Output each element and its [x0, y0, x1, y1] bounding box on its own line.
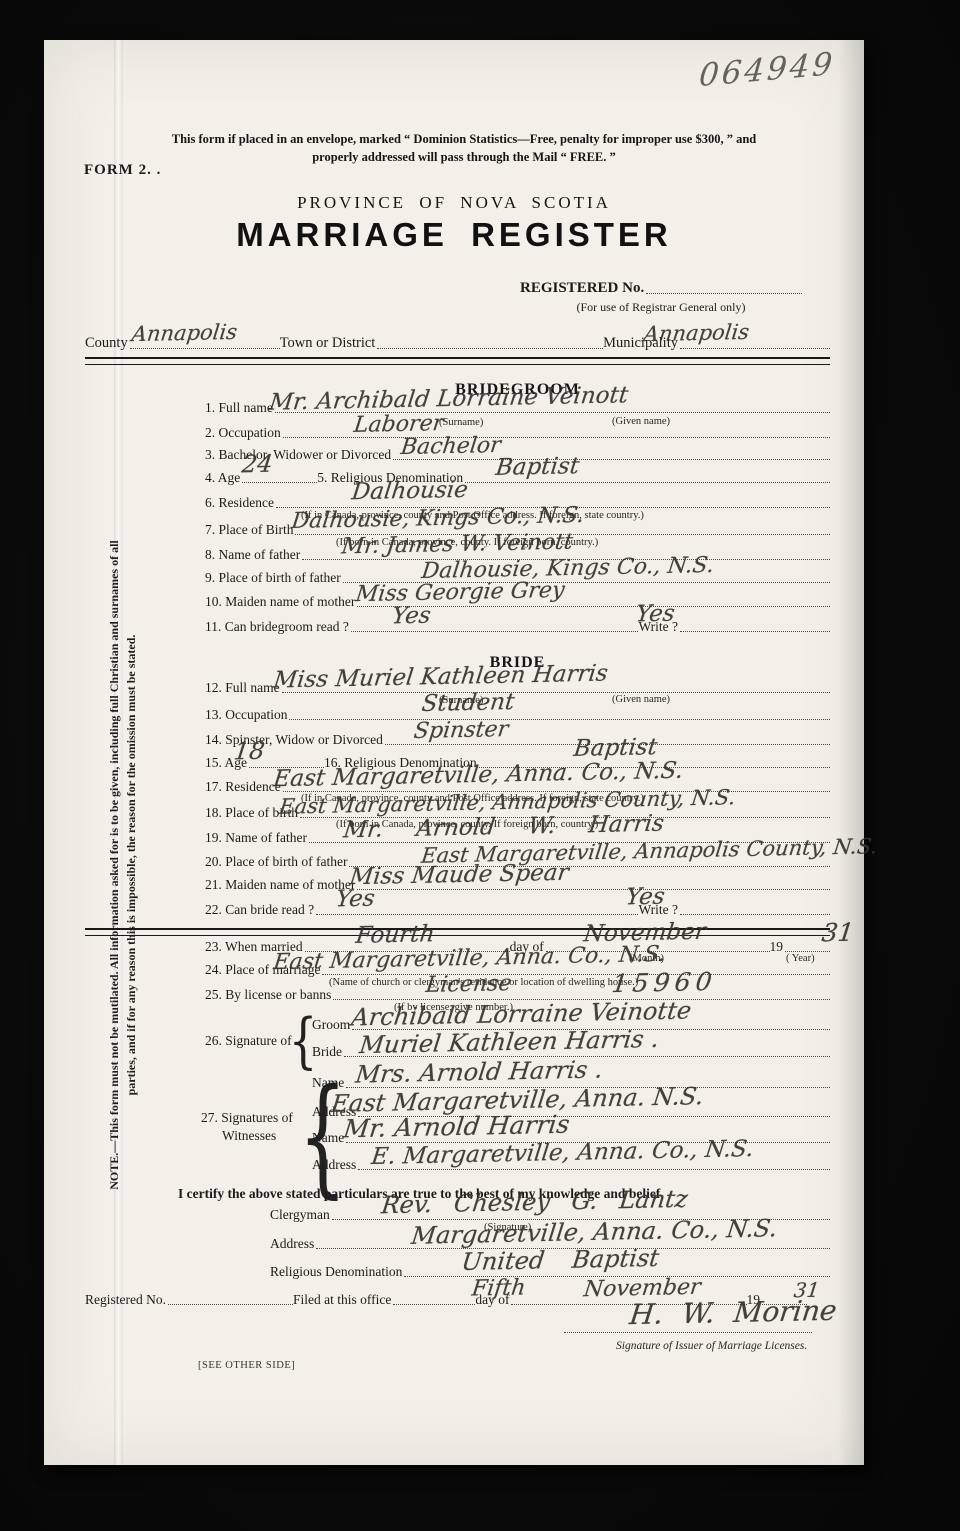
sidebar-note: NOTE.—This form must not be mutilated. A…	[106, 534, 140, 1196]
field-label: 10. Maiden name of mother	[205, 594, 357, 610]
field-label: 8. Name of father	[205, 547, 302, 563]
field-label: 2. Occupation	[205, 425, 283, 441]
bridegroom-age-value: 24	[240, 450, 274, 479]
clergyman-label: Clergyman	[270, 1207, 332, 1223]
filed-day-value: Fifth	[470, 1275, 527, 1301]
witness1-name-value: Mrs. Arnold Harris .	[354, 1055, 604, 1088]
dotted-line	[680, 346, 830, 349]
year-prefix: 19	[770, 939, 786, 955]
dotted-line	[377, 346, 603, 349]
bride-status-row: 14. Spinster, Widow or Divorced	[205, 732, 830, 748]
field-label: 11. Can bridegroom read ?	[205, 619, 351, 635]
issuer-signature-hint: Signature of Issuer of Marriage Licenses…	[616, 1340, 807, 1352]
mail-note-line2: properly addressed will pass through the…	[64, 148, 864, 166]
dotted-line	[785, 949, 830, 952]
marriage-register-page: 064949 This form if placed in an envelop…	[44, 40, 864, 1465]
license-number-value: 15960	[610, 967, 718, 998]
section-divider	[85, 357, 830, 365]
groom-label: Groom	[312, 1017, 352, 1033]
municipality-value: Annapolis	[642, 320, 750, 346]
mail-note: This form if placed in an envelope, mark…	[64, 130, 864, 166]
field-label: 19. Name of father	[205, 830, 309, 846]
filed-label: Filed at this office	[293, 1292, 393, 1308]
dotted-line	[680, 629, 830, 632]
see-other-side-note: [SEE OTHER SIDE]	[198, 1360, 295, 1371]
field-label: 22. Can bride read ?	[205, 902, 316, 918]
bridegroom-occupation-row: 2. Occupation	[205, 425, 830, 441]
bridegroom-read-value: Yes	[390, 603, 432, 630]
denomination-value: United Baptist	[460, 1244, 661, 1276]
dotted-line	[289, 717, 830, 720]
dotted-line	[646, 291, 802, 294]
field-label: 20. Place of birth of father	[205, 854, 349, 870]
witnesses-label-line1: 27. Signatures of	[201, 1110, 293, 1126]
mail-note-line1: This form if placed in an envelope, mark…	[64, 130, 864, 148]
county-label: County	[85, 335, 130, 352]
dotted-line	[130, 346, 280, 349]
bride-write-value: Yes	[624, 884, 666, 911]
registered-no-label: Registered No.	[85, 1292, 168, 1308]
frame-number: 064949	[698, 46, 837, 94]
field-label: 1. Full name	[205, 400, 275, 416]
field-label: 4. Age	[205, 470, 242, 486]
bride-occupation-row: 13. Occupation	[205, 707, 830, 723]
registered-no-row: REGISTERED No.	[520, 280, 802, 297]
signature-of-label: 26. Signature of	[205, 1033, 292, 1049]
registrar-only-note: (For use of Registrar General only)	[540, 300, 782, 315]
field-label: 25. By license or banns	[205, 987, 333, 1003]
page-title: MARRIAGE REGISTER	[44, 216, 864, 254]
bridegroom-father-value: Mr. James W. Veinott	[340, 530, 574, 560]
dotted-line	[168, 1302, 293, 1305]
field-label: 9. Place of birth of father	[205, 570, 343, 586]
dotted-line	[393, 1302, 475, 1305]
county-value: Annapolis	[130, 320, 238, 346]
bridegroom-write-value: Yes	[634, 601, 676, 628]
bridegroom-literacy-row: 11. Can bridegroom read ? Write ?	[205, 619, 830, 635]
address-label: Address	[270, 1236, 316, 1252]
dotted-line	[316, 912, 638, 915]
dotted-line	[564, 1330, 812, 1333]
license-value: License	[424, 971, 513, 998]
bride-status-value: Spinster	[412, 717, 509, 744]
bridegroom-religion-value: Baptist	[494, 453, 580, 481]
bride-label: Bride	[312, 1044, 344, 1060]
bride-literacy-row: 22. Can bride read ? Write ?	[205, 902, 830, 918]
given-name-hint: (Given name)	[612, 694, 670, 705]
bride-age-value: 18	[232, 737, 266, 766]
witness2-name-value: Mr. Arnold Harris	[342, 1110, 571, 1144]
dotted-line	[242, 480, 317, 483]
denomination-label: Religious Denomination	[270, 1264, 404, 1280]
form-label: FORM 2. .	[84, 162, 161, 179]
bride-occupation-value: Student	[420, 689, 516, 717]
town-or-district-label: Town or District	[280, 335, 378, 352]
bride-read-value: Yes	[334, 886, 376, 913]
field-label: 21. Maiden name of mother	[205, 877, 357, 893]
section-divider	[85, 928, 830, 936]
bridegroom-mother-value: Miss Georgie Grey	[354, 578, 566, 607]
field-label: 7. Place of Birth	[205, 522, 295, 538]
bride-mother-value: Miss Maude Spear	[348, 860, 570, 891]
field-label: 6. Residence	[205, 495, 276, 511]
address-label: Address	[312, 1157, 358, 1173]
field-label: 14. Spinster, Widow or Divorced	[205, 732, 385, 748]
registered-no-label: REGISTERED No.	[520, 280, 646, 297]
married-day-value: Fourth	[354, 921, 436, 949]
bridegroom-residence-value: Dalhousie	[350, 477, 469, 505]
field-label: 12. Full name	[205, 680, 282, 696]
witnesses-label-line2: Witnesses	[222, 1128, 276, 1144]
field-label: 13. Occupation	[205, 707, 289, 723]
name-label: Name	[312, 1075, 346, 1091]
province-line: PROVINCE OF NOVA SCOTIA	[44, 193, 864, 213]
married-year-value: 31	[820, 918, 855, 948]
dotted-line	[680, 912, 830, 915]
bridegroom-status-value: Bachelor	[399, 433, 502, 460]
issuer-signature-value: H. W. Morine	[628, 1294, 839, 1331]
field-label: 3. Bachelor, Widower or Divorced	[205, 447, 393, 463]
